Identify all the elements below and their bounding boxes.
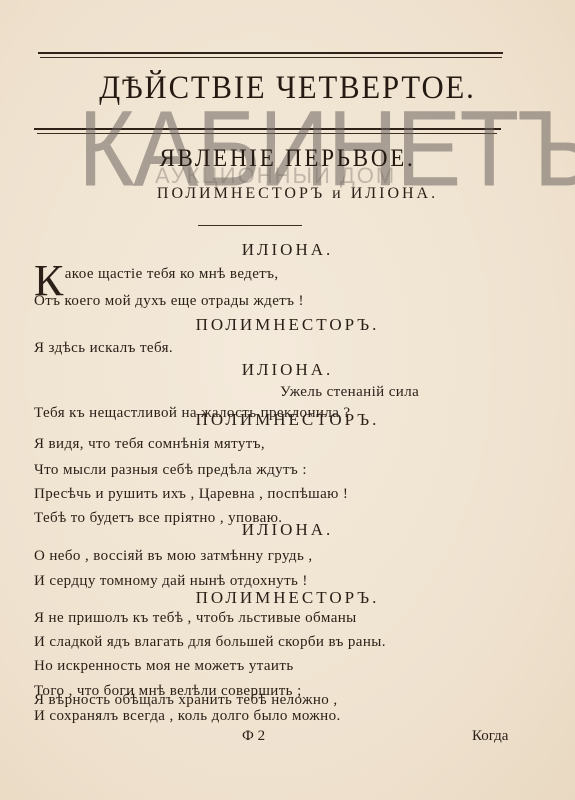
speaker-polimnestor: ПОЛИМНЕСТОРЪ. bbox=[0, 315, 575, 335]
page-signature: Ф 2 bbox=[242, 728, 265, 745]
short-rule bbox=[198, 225, 302, 226]
speaker-iliona: ИЛІОНА. bbox=[0, 360, 575, 380]
middle-rule-thick bbox=[34, 128, 501, 130]
verse-line: И сладкой ядъ влагать для большей скорби… bbox=[34, 634, 386, 651]
verse-line: Я вѣрность обѣщалъ хранить тебѣ неложно … bbox=[34, 692, 337, 709]
verse-line: Я не пришолъ къ тебѣ , чтобъ льстивые об… bbox=[34, 610, 357, 627]
verse-line: Что мысли разныя себѣ предѣла ждутъ : bbox=[34, 462, 307, 479]
speaker-polimnestor: ПОЛИМНЕСТОРЪ. bbox=[0, 410, 575, 430]
verse-line: О небо , воссіяй въ мою затмѣнну грудь , bbox=[34, 548, 313, 565]
top-rule-thick bbox=[38, 52, 503, 54]
verse-line: Я видя, что тебя сомнѣнія мятутъ, bbox=[34, 436, 265, 453]
speaker-iliona: ИЛІОНА. bbox=[0, 240, 575, 260]
book-page: ДѢЙСТВІЕ ЧЕТВЕРТОЕ. КАБИНЕТЪ АУКЦИОННЫЙ … bbox=[0, 0, 575, 800]
act-title: ДѢЙСТВІЕ ЧЕТВЕРТОЕ. bbox=[20, 70, 555, 107]
verse-line: Но искренность моя не можетъ утаить bbox=[34, 658, 294, 675]
speaker-polimnestor: ПОЛИМНЕСТОРЪ. bbox=[0, 588, 575, 608]
speaker-iliona: ИЛІОНА. bbox=[0, 520, 575, 540]
verse-line: Я здѣсь искалъ тебя. bbox=[34, 340, 173, 357]
catchword: Когда bbox=[472, 728, 508, 745]
verse-line: Пресѣчь и рушить ихъ , Царевна , поспѣша… bbox=[34, 486, 348, 503]
middle-rule-thin bbox=[37, 133, 497, 134]
verse-line: Ужель стенаній сила bbox=[280, 384, 419, 401]
scene-title: ЯВЛЕНІЕ ПЕРЬВОЕ. bbox=[23, 145, 552, 173]
top-rule-thin bbox=[40, 57, 502, 58]
verse-text: акое щастіе тебя ко мнѣ ведетъ, bbox=[65, 266, 279, 282]
verse-line: Отъ коего мой духъ еще отрады ждетъ ! bbox=[34, 293, 304, 310]
verse-line: И сохранялъ всегда , коль долго было мож… bbox=[34, 708, 341, 725]
characters-line: ПОЛИМНЕСТОРЪ и ИЛІОНА. bbox=[0, 185, 575, 203]
